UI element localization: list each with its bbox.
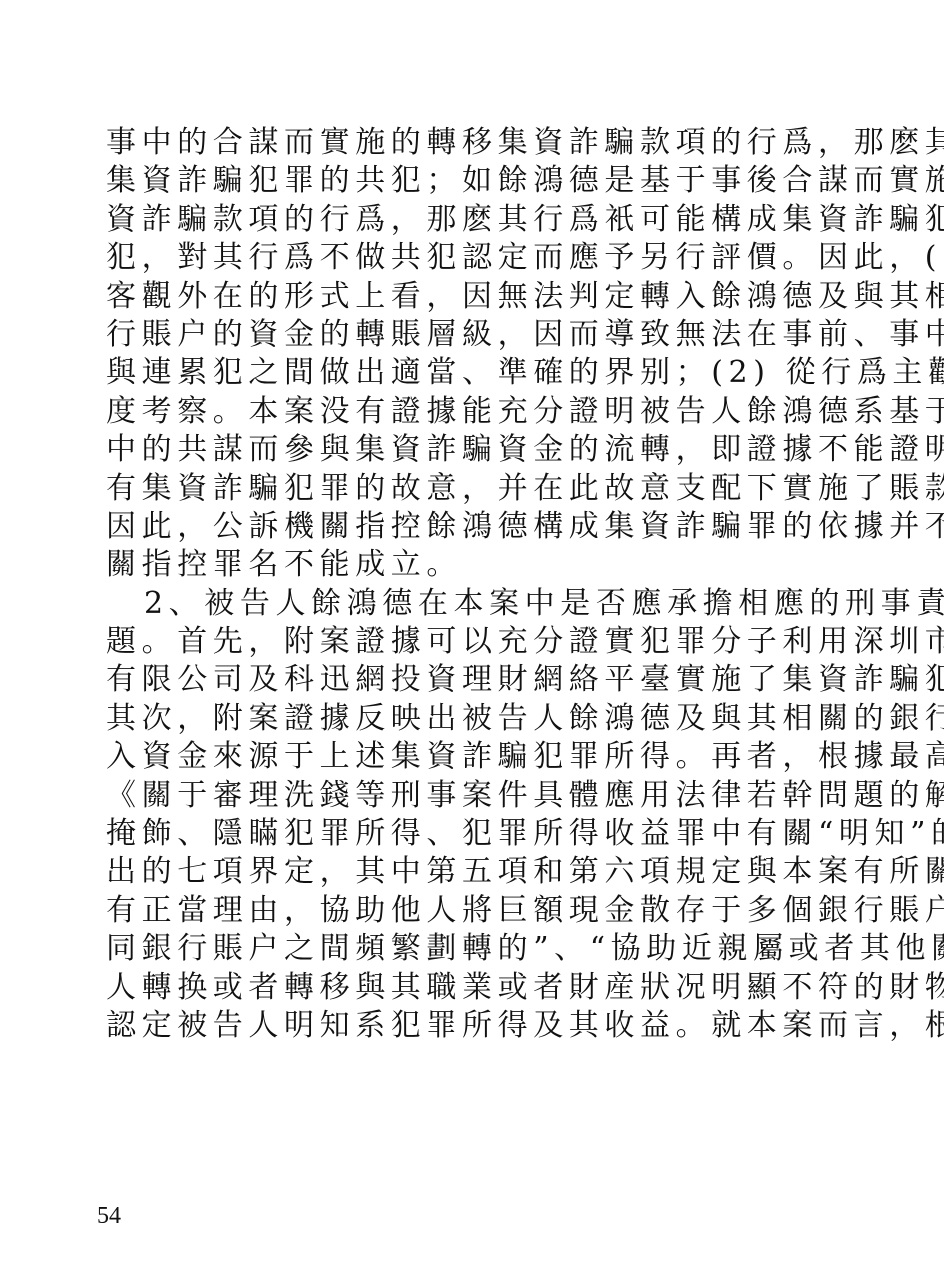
text-line: 犯，對其行爲不做共犯認定而應予另行評價。因此，(1) 從行爲 — [106, 239, 832, 277]
paragraph-2: 2、被告人餘鴻德在本案中是否應承擔相應的刑事責任的問 題。首先，附案證據可以充分… — [106, 585, 832, 1046]
text-line: 客觀外在的形式上看，因無法判定轉入餘鴻德及與其相關聯的銀 — [106, 278, 832, 316]
text-line: 中的共謀而參與集資詐騙資金的流轉，即證據不能證明餘鴻德具 — [106, 431, 832, 469]
text-line: 有限公司及科迅網投資理財網絡平臺實施了集資詐騙犯罪活動。 — [106, 661, 832, 699]
paragraph-1: 事中的合謀而實施的轉移集資詐騙款項的行爲，那麽其當然構成 集資詐騙犯罪的共犯；如… — [106, 124, 832, 585]
page-number: 54 — [97, 1203, 121, 1230]
text-line: 《關于審理洗錢等刑事案件具體應用法律若幹問題的解釋》中對 — [106, 777, 832, 815]
text-line: 掩飾、隱瞞犯罪所得、犯罪所得收益罪中有關“明知”的内涵做 — [106, 815, 832, 853]
text-line: 資詐騙款項的行爲，那麽其行爲衹可能構成集資詐騙犯罪的連累 — [106, 201, 832, 239]
body-text: 事中的合謀而實施的轉移集資詐騙款項的行爲，那麽其當然構成 集資詐騙犯罪的共犯；如… — [106, 124, 832, 1045]
text-line: 2、被告人餘鴻德在本案中是否應承擔相應的刑事責任的問 — [106, 585, 832, 623]
text-line: 認定被告人明知系犯罪所得及其收益。就本案而言，根據被告人 — [106, 1007, 832, 1045]
text-line: 題。首先，附案證據可以充分證實犯罪分子利用深圳市科迅投資 — [106, 623, 832, 661]
document-page: 事中的合謀而實施的轉移集資詐騙款項的行爲，那麽其當然構成 集資詐騙犯罪的共犯；如… — [0, 0, 944, 1280]
text-line: 入資金來源于上述集資詐騙犯罪所得。再者，根據最高人民法院 — [106, 738, 832, 776]
text-line: 出的七項界定，其中第五項和第六項規定與本案有所關聯，即“没 — [106, 853, 832, 891]
text-line: 有正當理由，協助他人將巨額現金散存于多個銀行賬户或者在不 — [106, 892, 832, 930]
text-line: 與連累犯之間做出適當、準確的界别；(2) 從行爲主觀内在的角 — [106, 354, 832, 392]
text-line: 度考察。本案没有證據能充分證明被告人餘鴻德系基于事前或事 — [106, 393, 832, 431]
text-line: 因此，公訴機關指控餘鴻德構成集資詐騙罪的依據并不充分，相 — [106, 508, 832, 546]
text-line: 有集資詐騙犯罪的故意，并在此故意支配下實施了賬款的轉移。 — [106, 470, 832, 508]
text-line: 事中的合謀而實施的轉移集資詐騙款項的行爲，那麽其當然構成 — [106, 124, 832, 162]
text-line: 關指控罪名不能成立。 — [106, 546, 832, 584]
text-line: 人轉换或者轉移與其職業或者財産狀况明顯不符的財物的”可以 — [106, 969, 832, 1007]
text-line: 同銀行賬户之間頻繁劃轉的”、“協助近親屬或者其他關系密切的 — [106, 930, 832, 968]
text-line: 其次，附案證據反映出被告人餘鴻德及與其相關的銀行賬户的轉 — [106, 700, 832, 738]
text-line: 集資詐騙犯罪的共犯；如餘鴻德是基于事後合謀而實施的轉移集 — [106, 162, 832, 200]
text-line: 行賬户的資金的轉賬層級，因而導致無法在事前、事中合謀共犯 — [106, 316, 832, 354]
